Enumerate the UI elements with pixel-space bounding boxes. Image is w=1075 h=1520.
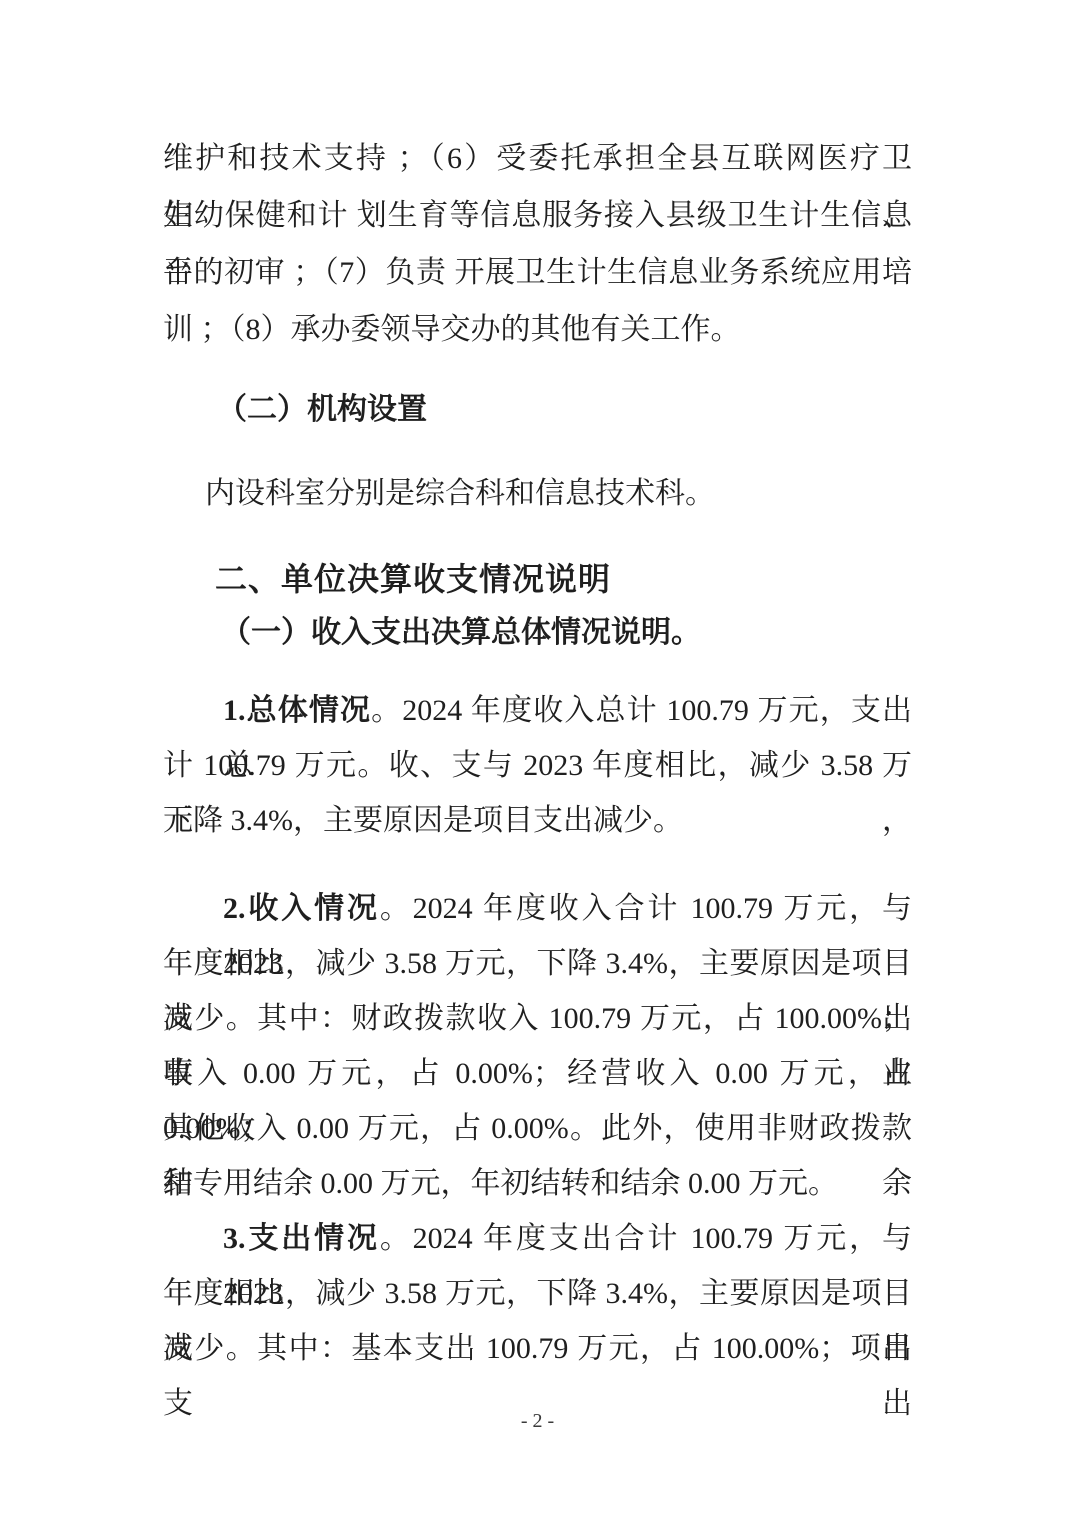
paragraph-internal-depts: 内设科室分别是综合科和信息技术科。 bbox=[163, 466, 912, 521]
text-line: 妇幼保健和计 划生育等信息服务接入县级卫生计生信息平 bbox=[163, 187, 912, 244]
page-number: - 2 - bbox=[521, 1410, 554, 1432]
heading-section-2-1: （一）收入支出决算总体情况说明。 bbox=[163, 606, 912, 659]
page-footer: - 2 - bbox=[0, 1406, 1075, 1436]
text-line: 训 ；（8）承办委领导交办的其他有关工作。 bbox=[163, 301, 912, 358]
text-line: 年度相比，减少 3.58 万元，下降 3.4%，主要原因是项目支出 bbox=[163, 1266, 912, 1321]
item-label: 2.收入情况 bbox=[223, 892, 380, 925]
text-line: 减少。其中：基本支出 100.79 万元，占 100.00%；项目支出 bbox=[163, 1321, 912, 1376]
text-line: 其他收入 0.00 万元，占 0.00%。此外，使用非财政拨款结余 bbox=[163, 1101, 912, 1156]
paragraph-overall-situation: 1.总体情况。2024 年度收入总计 100.79 万元，支出总 计 100.7… bbox=[163, 683, 912, 848]
item-label: 1.总体情况 bbox=[223, 694, 371, 727]
text-line: 收入 0.00 万元，占 0.00%；经营收入 0.00 万元，占 0.00%； bbox=[163, 1046, 912, 1101]
heading-section-2: 二、单位决算收支情况说明 bbox=[163, 553, 912, 606]
paragraph-income-situation: 2.收入情况。2024 年度收入合计 100.79 万元，与 2023 年度相比… bbox=[163, 881, 912, 1211]
text-line: 3.支出情况。2024 年度支出合计 100.79 万元，与 2023 bbox=[163, 1211, 912, 1266]
text-line: 1.总体情况。2024 年度收入总计 100.79 万元，支出总 bbox=[163, 683, 912, 738]
paragraph-expenditure-situation: 3.支出情况。2024 年度支出合计 100.79 万元，与 2023 年度相比… bbox=[163, 1211, 912, 1376]
item-label: 3.支出情况 bbox=[223, 1222, 380, 1255]
text-line: 台的初审 ；（7）负责 开展卫生计生信息业务系统应用培 bbox=[163, 244, 912, 301]
text-line: 2.收入情况。2024 年度收入合计 100.79 万元，与 2023 bbox=[163, 881, 912, 936]
text-line: 年度相比，减少 3.58 万元，下降 3.4%，主要原因是项目支出 bbox=[163, 936, 912, 991]
document-page: 维护和技术支持 ；（6）受委托承担全县互联网医疗卫生、 妇幼保健和计 划生育等信… bbox=[0, 0, 1075, 1520]
text-line: 计 100.79 万元。收、支与 2023 年度相比，减少 3.58 万元， bbox=[163, 738, 912, 793]
document-body: 维护和技术支持 ；（6）受委托承担全县互联网医疗卫生、 妇幼保健和计 划生育等信… bbox=[163, 0, 912, 1376]
heading-org-setup: （二）机构设置 bbox=[163, 382, 912, 437]
paragraph-continuation: 维护和技术支持 ；（6）受委托承担全县互联网医疗卫生、 妇幼保健和计 划生育等信… bbox=[163, 130, 912, 358]
text-line: 维护和技术支持 ；（6）受委托承担全县互联网医疗卫生、 bbox=[163, 130, 912, 187]
text-line: 和专用结余 0.00 万元，年初结转和结余 0.00 万元。 bbox=[163, 1156, 912, 1211]
text-line: 减少。其中：财政拨款收入 100.79 万元，占 100.00%；事业 bbox=[163, 991, 912, 1046]
